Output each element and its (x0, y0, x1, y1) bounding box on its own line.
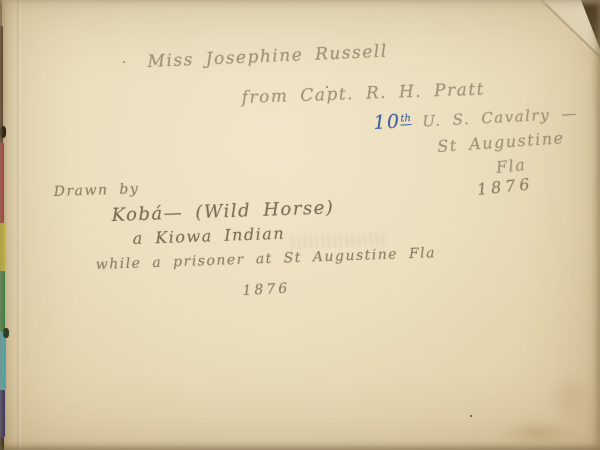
colored-page-edge (0, 143, 4, 223)
colored-page-edge (0, 223, 5, 271)
erased-pencil-marks (292, 232, 388, 248)
inscription-year: 1876 (476, 174, 534, 199)
colored-page-edge (0, 332, 6, 390)
colored-page-edge (0, 437, 4, 450)
attribution-drawn-by: Drawn by (53, 181, 139, 200)
colored-page-edge (0, 390, 5, 437)
attribution-context: while a prisoner at St Augustine Fla (95, 245, 436, 273)
inscription-place: St Augustine (437, 128, 565, 156)
album-page: Miss Josephine Russell from Capt. R. H. … (0, 0, 600, 450)
attribution-descriptor: a Kiowa Indian (132, 224, 285, 248)
paper-stain-right (548, 372, 594, 422)
inscription-from-line: from Capt. R. H. Pratt (241, 80, 485, 108)
fly-speck (470, 415, 472, 417)
paper-stain-bottom-right (498, 420, 576, 446)
inscription-recipient: Miss Josephine Russell (147, 42, 388, 72)
fly-speck (123, 61, 125, 63)
inscription-state: Fla (495, 155, 527, 177)
edge-dark-blob (3, 328, 9, 338)
edge-black-blob (0, 126, 6, 138)
unit-rest: U. S. Cavalry — (411, 104, 579, 131)
unit-number-blue-ink: 10th (373, 113, 412, 133)
colored-page-edge (0, 271, 5, 332)
attribution-year: 1876 (242, 281, 290, 299)
attribution-artist: Kobá— (Wild Horse) (111, 197, 334, 226)
vertical-crease (17, 0, 22, 450)
